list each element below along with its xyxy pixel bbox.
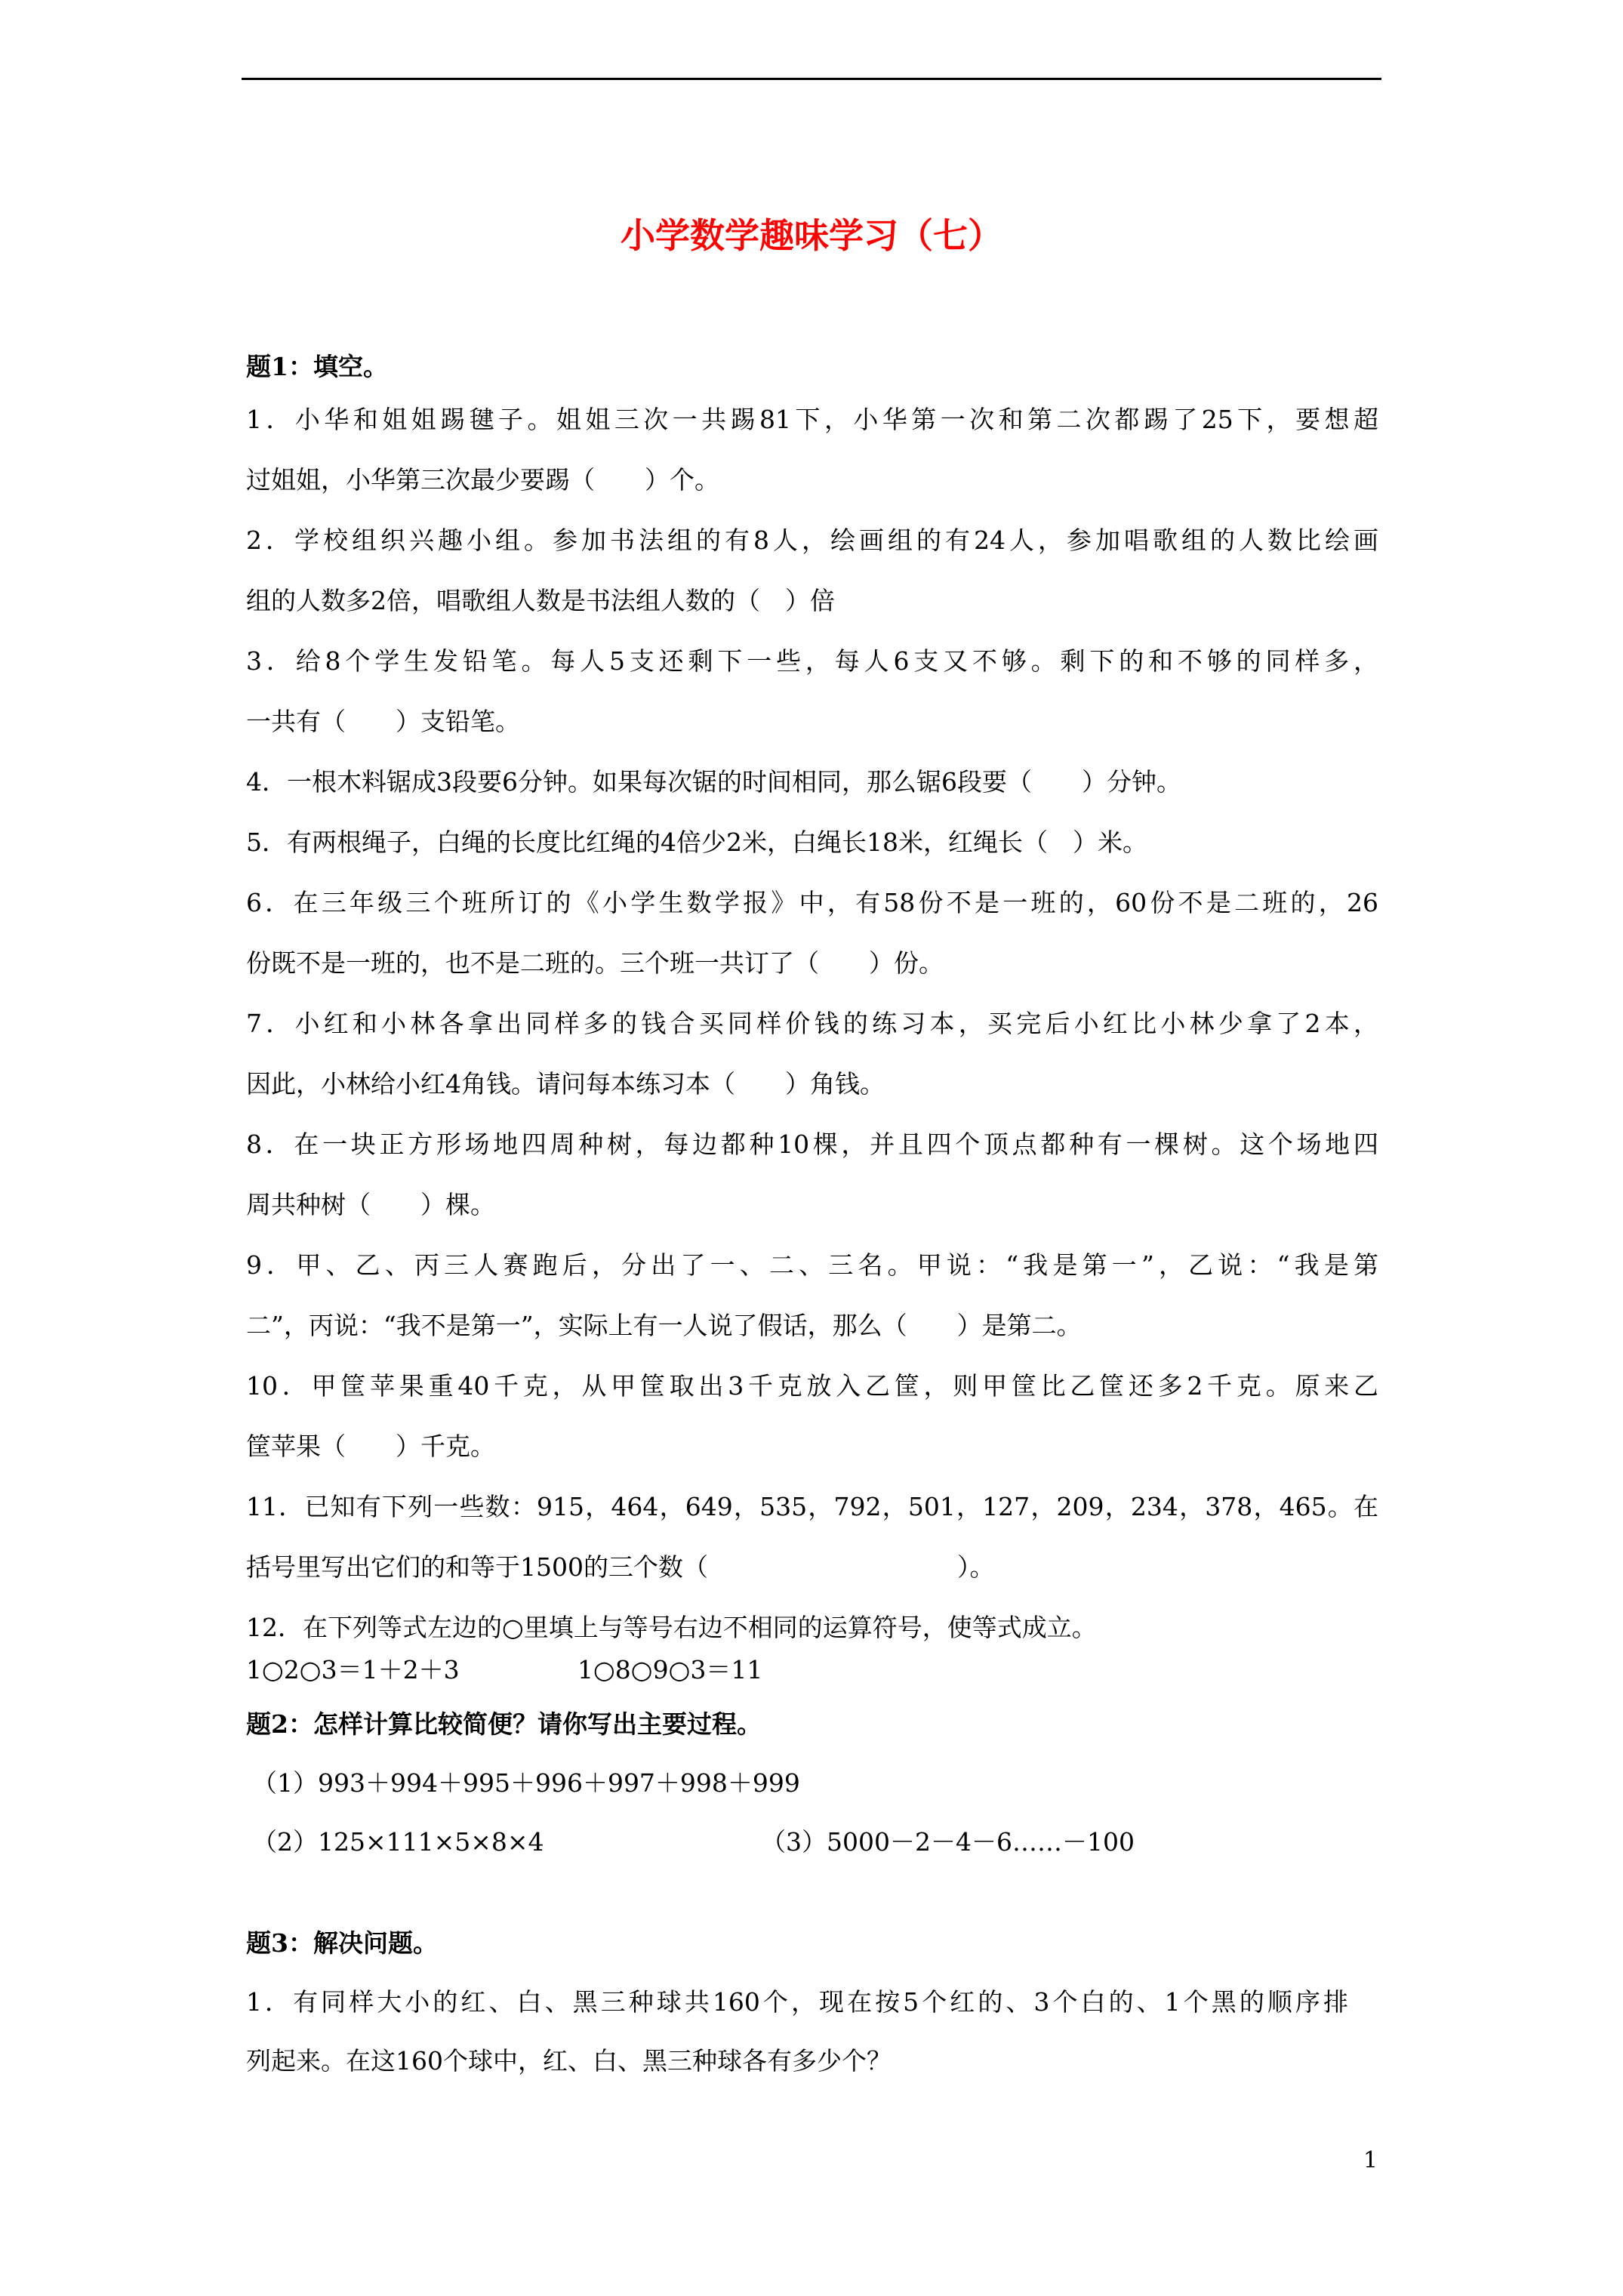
section3-heading: 题3：解决问题。 [246, 1927, 1378, 1960]
problem-1-line-1: 1．有同样大小的红、白、黑三种球共160个，现在按5个红的、3个白的、1个黑的顺… [246, 1986, 1348, 2019]
question-10-line-2: 筐苹果（ ）千克。 [246, 1430, 1378, 1463]
question-7-line-2: 因此，小林给小红4角钱。请问每本练习本（ ）角钱。 [246, 1068, 1378, 1101]
question-11-line-2: 括号里写出它们的和等于1500的三个数（ ）。 [246, 1551, 1378, 1584]
section1-heading: 题1：填空。 [246, 350, 1378, 384]
problem-1-line-2: 列起来。在这160个球中，红、白、黑三种球各有多少个？ [246, 2045, 1378, 2078]
question-6-line-1: 6．在三年级三个班所订的《小学生数学报》中，有58份不是一班的，60份不是二班的… [246, 886, 1378, 920]
page-title: 小学数学趣味学习（七） [0, 213, 1623, 258]
question-1-line-1: 1．小华和姐姐踢毽子。姐姐三次一共踢81下，小华第一次和第二次都踢了25下，要想… [246, 403, 1378, 436]
question-8-line-1: 8．在一块正方形场地四周种树，每边都种10棵，并且四个顶点都种有一棵树。这个场地… [246, 1128, 1378, 1161]
question-2-line-2: 组的人数多2倍，唱歌组人数是书法组人数的（ ）倍 [246, 584, 1378, 618]
section2-heading: 题2：怎样计算比较简便？请你写出主要过程。 [246, 1708, 1378, 1741]
question-5-line-1: 5．有两根绳子，白绳的长度比红绳的4倍少2米，白绳长18米，红绳长（ ）米。 [246, 826, 1378, 859]
question-7-line-1: 7．小红和小林各拿出同样多的钱合买同样价钱的练习本，买完后小红比小林少拿了2本， [246, 1007, 1378, 1040]
question-4-line-1: 4．一根木料锯成3段要6分钟。如果每次锯的时间相同，那么锯6段要（ ）分钟。 [246, 766, 1378, 799]
question-10-line-1: 10．甲筐苹果重40千克，从甲筐取出3千克放入乙筐，则甲筐比乙筐还多2千克。原来… [246, 1370, 1378, 1403]
question-3-line-2: 一共有（ ）支铅笔。 [246, 705, 1378, 738]
calc-problem-3: （3）5000－2－4－6……－100 [761, 1826, 1135, 1859]
question-6-line-2: 份既不是一班的，也不是二班的。三个班一共订了（ ）份。 [246, 947, 1378, 980]
header-rule [242, 78, 1381, 80]
calc-problem-2: （2）125×111×5×8×4 [252, 1826, 544, 1859]
question-9-line-2: 二”，丙说：“我不是第一”，实际上有一人说了假话，那么（ ）是第二。 [246, 1309, 1378, 1342]
calc-problem-1: （1）993＋994＋995＋996＋997＋998＋999 [252, 1767, 1384, 1800]
question-12-line-1: 12．在下列等式左边的○里填上与等号右边不相同的运算符号，使等式成立。 [246, 1611, 1378, 1644]
question-9-line-1: 9．甲、乙、丙三人赛跑后，分出了一、二、三名。甲说：“我是第一”，乙说：“我是第 [246, 1249, 1378, 1282]
question-3-line-1: 3．给8个学生发铅笔。每人5支还剩下一些，每人6支又不够。剩下的和不够的同样多， [246, 645, 1378, 678]
question-11-line-1: 11．已知有下列一些数：915，464，649，535，792，501，127，… [246, 1490, 1378, 1524]
page-number: 1 [1363, 2146, 1378, 2176]
question-8-line-2: 周共种树（ ）棵。 [246, 1188, 1378, 1222]
question-2-line-1: 2．学校组织兴趣小组。参加书法组的有8人，绘画组的有24人，参加唱歌组的人数比绘… [246, 524, 1378, 557]
equation-2: 1○8○9○3＝11 [577, 1653, 762, 1687]
question-1-line-2: 过姐姐，小华第三次最少要踢（ ）个。 [246, 464, 1378, 497]
equation-1: 1○2○3＝1＋2＋3 [246, 1653, 460, 1687]
